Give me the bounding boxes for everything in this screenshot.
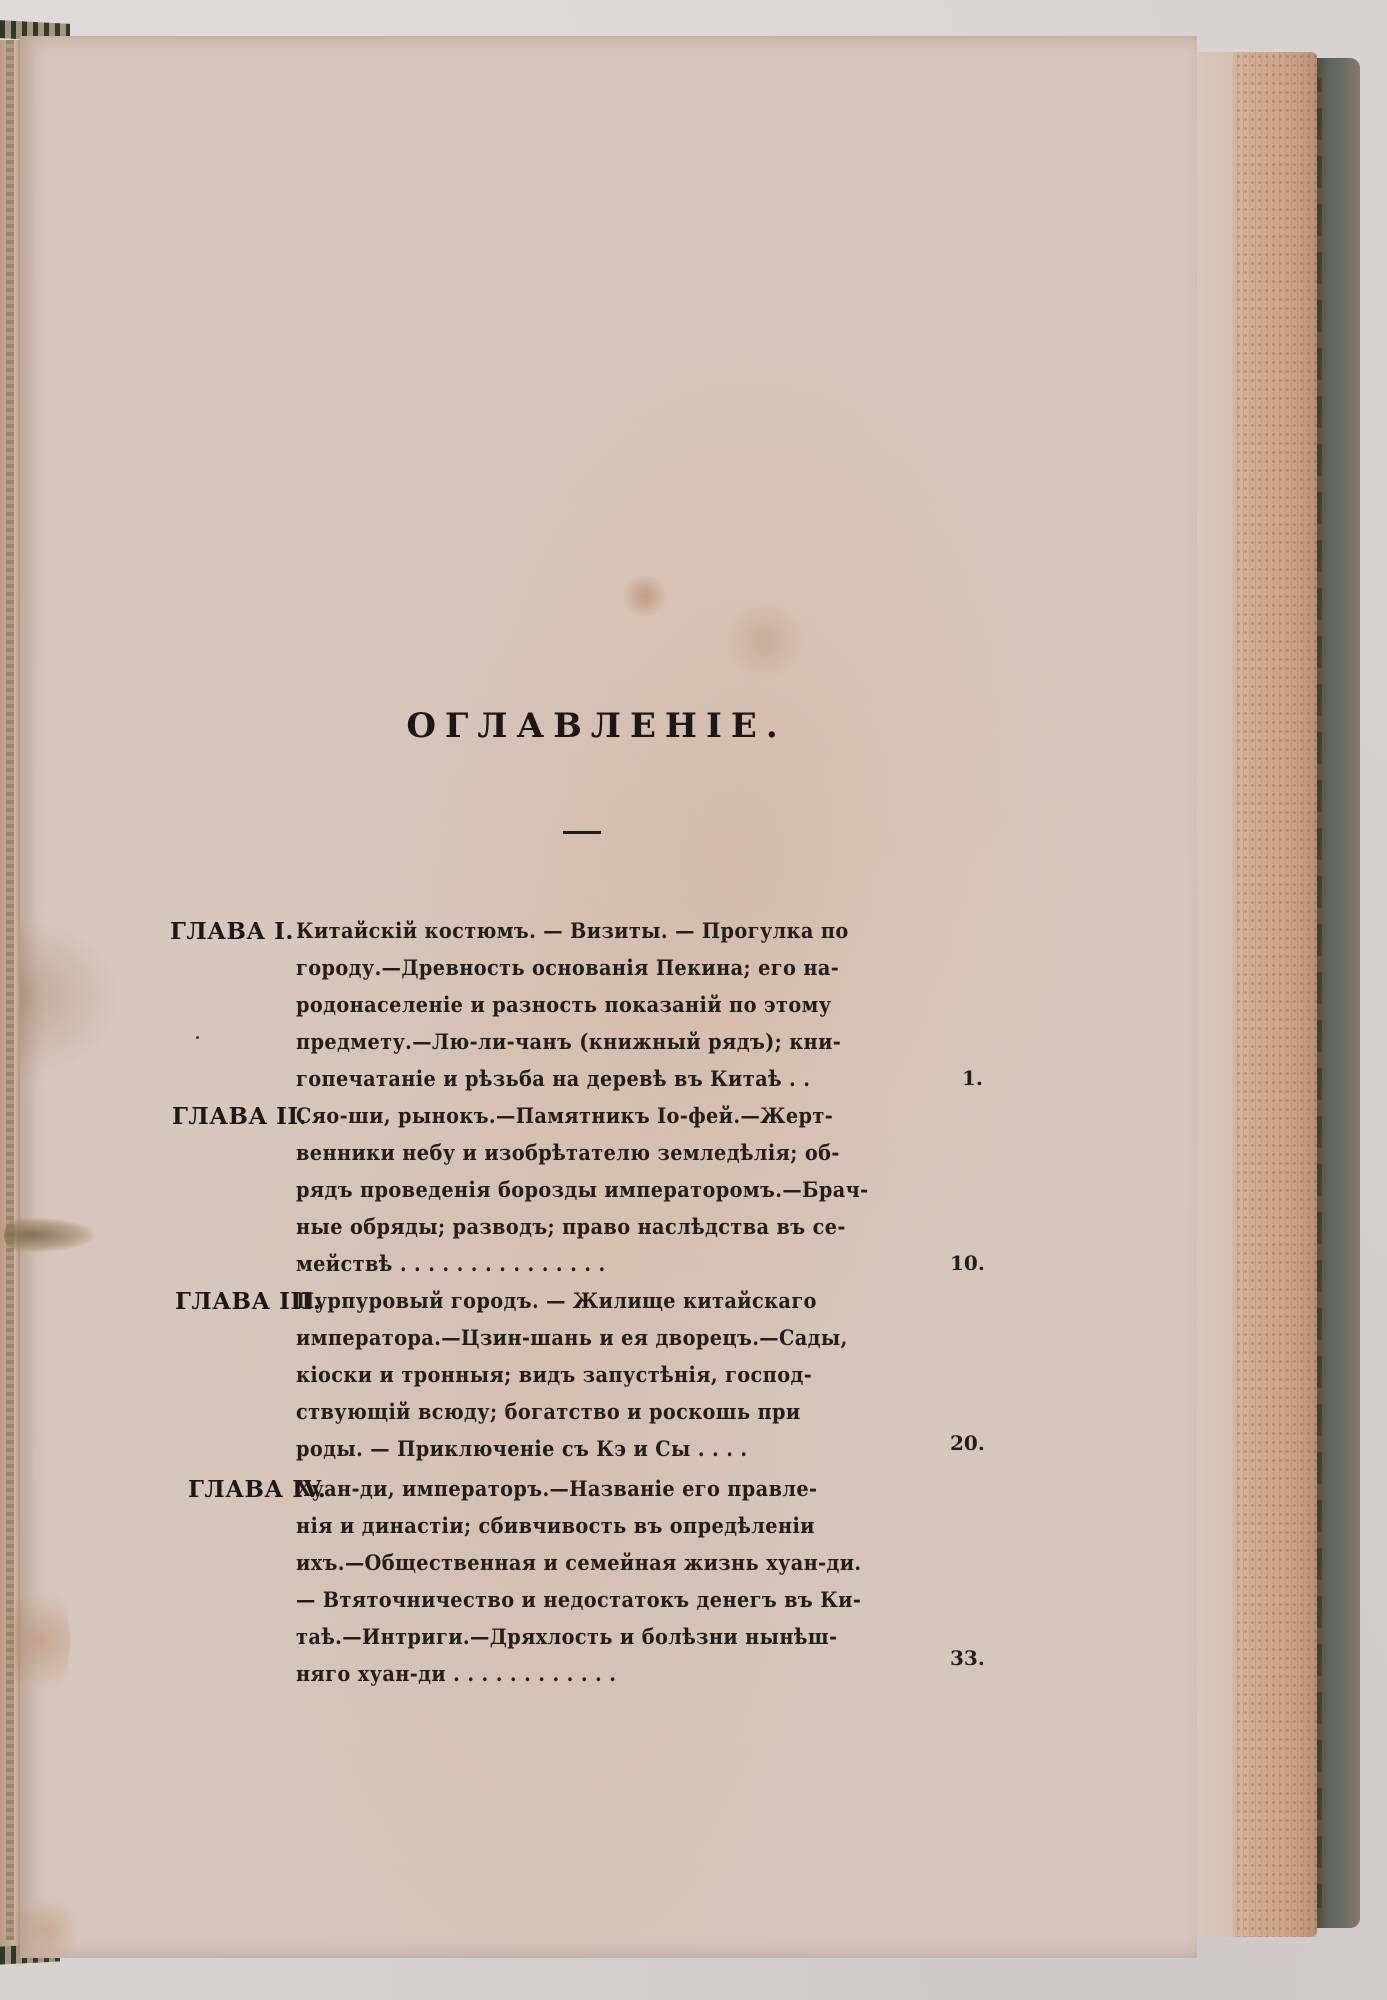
title-rule (563, 831, 601, 834)
chapter-label: ГЛАВА II. (172, 1103, 307, 1130)
entry-line: роды. — Приключенiе съ Кэ и Сы . . . . (296, 1436, 885, 1461)
entry-line: гопечатанiе и рѣзьба на деревѣ въ Китаѣ … (296, 1066, 885, 1091)
binding-thread-knot (4, 1218, 94, 1252)
foxing-stain (720, 606, 810, 676)
entry-line: няго хуан-ди . . . . . . . . . . . . (296, 1661, 885, 1686)
page-number: 1. (962, 1066, 983, 1090)
entry-line: предмету.—Лю-ли-чанъ (книжный рядъ); кни… (296, 1029, 885, 1054)
entry-line: таѣ.—Интриги.—Дряхлость и болѣзни нынѣш- (296, 1624, 885, 1649)
entry-line: — Втяточничество и недостатокъ денегъ въ… (296, 1587, 885, 1612)
foxing-stain (620, 576, 670, 616)
entry-line: Пурпуровый городъ. — Жилище китайскаго (296, 1288, 885, 1313)
entry-line: императора.—Цзин-шань и ея дворецъ.—Сады… (296, 1325, 885, 1350)
entry-line: ные обряды; разводъ; право наслѣдства въ… (296, 1214, 885, 1239)
chapter-label: ГЛАВА I. (170, 918, 294, 945)
book-fore-edge (1195, 52, 1317, 1937)
entry-line: венники небу и изобрѣтателю земледѣлiя; … (296, 1140, 885, 1165)
edge-stain (10, 1576, 70, 1706)
page-number: 10. (950, 1251, 985, 1275)
entry-line: мействѣ . . . . . . . . . . . . . . . (296, 1251, 885, 1276)
entry-line: кiоски и тронныя; видъ запустѣнiя, госпо… (296, 1362, 885, 1387)
edge-stain (10, 1896, 80, 1966)
entry-line: нiя и династiи; сбивчивость въ опредѣлен… (296, 1513, 885, 1538)
entry-line: Хуан-ди, императоръ.—Названiе его правле… (296, 1476, 885, 1501)
page-number: 33. (950, 1646, 985, 1670)
book-page: ОГЛАВЛЕНIЕ. ГЛАВА I. Китайскiй костюмъ. … (20, 36, 1197, 1958)
entry-line: Сяо-ши, рынокъ.—Памятникъ Iо-фей.—Жерт- (296, 1103, 885, 1128)
page-title: ОГЛАВЛЕНIЕ. (8, 706, 1185, 746)
binding-thread (6, 40, 14, 1940)
entry-line: родонаселенiе и разность показанiй по эт… (296, 992, 885, 1017)
stray-ink-dot (196, 1036, 199, 1039)
entry-line: ствующiй всюду; богатство и роскошь при (296, 1399, 885, 1424)
entry-line: ихъ.—Общественная и семейная жизнь хуан-… (296, 1550, 885, 1575)
page-number: 20. (950, 1431, 985, 1455)
entry-line: городу.—Древность основанiя Пекина; его … (296, 955, 885, 980)
entry-line: Китайскiй костюмъ. — Визиты. — Прогулка … (296, 918, 885, 943)
entry-line: рядъ проведенiя борозды императоромъ.—Бр… (296, 1177, 885, 1202)
